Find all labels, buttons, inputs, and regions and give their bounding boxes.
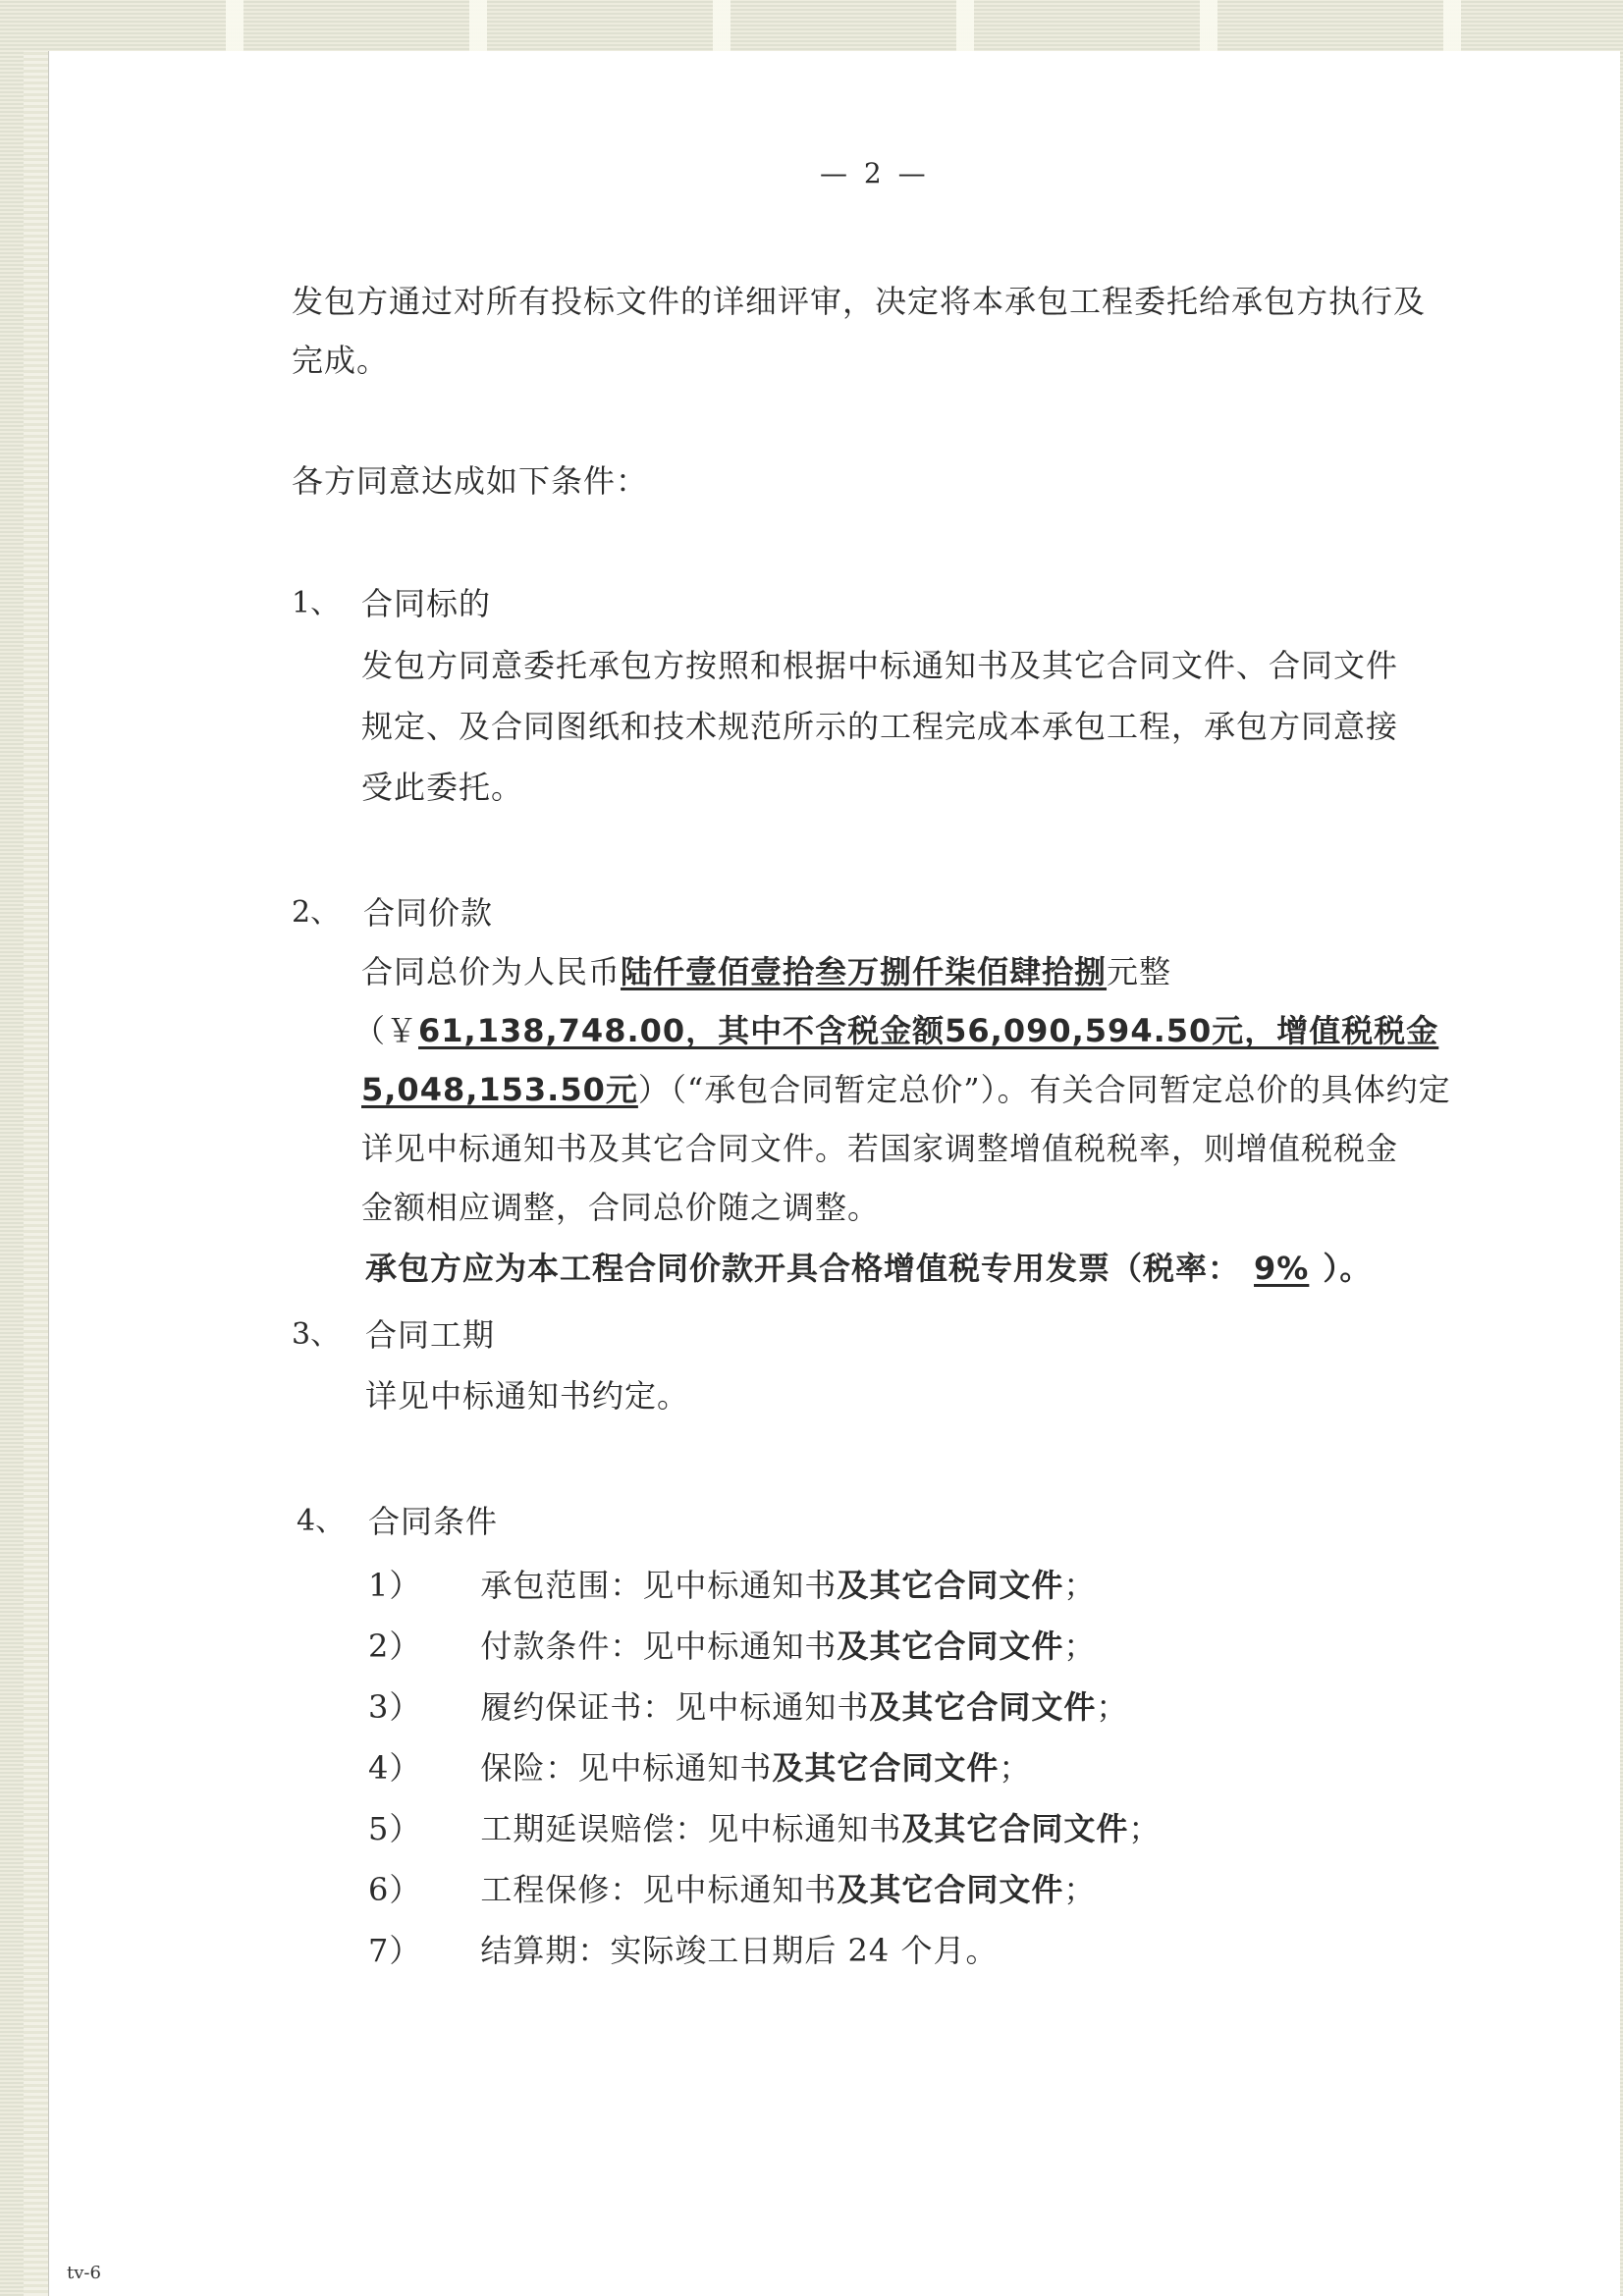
item-end: ； (1063, 1871, 1096, 1908)
amount-tax: 5,048,153.50元 (361, 1071, 638, 1108)
section-2-line-4: 详见中标通知书及其它合同文件。若国家调整增值税税率，则增值税税金 (361, 1129, 1398, 1168)
condition-item: 5）工期延误赔偿：见中标通知书及其它合同文件； (368, 1809, 1161, 1848)
section-1-title: 合同标的 (361, 584, 491, 623)
section-1-line-1: 发包方同意委托承包方按照和根据中标通知书及其它合同文件、合同文件 (361, 646, 1398, 685)
item-bold: 及其它合同文件 (837, 1871, 1063, 1908)
page-number: — 2 — (820, 157, 930, 189)
item-label: 履约保证书：见中标通知书 (480, 1688, 869, 1726)
amount-total: 61,138,748.00，其中不含税金额56,090,594.50元，增值税税… (418, 1012, 1438, 1049)
section-3-line-1: 详见中标通知书约定。 (365, 1376, 689, 1415)
condition-item: 7）结算期：实际竣工日期后 24 个月。 (368, 1931, 998, 1970)
intro-line-1: 发包方通过对所有投标文件的详细评审，决定将本承包工程委托给承包方执行及 (292, 282, 1426, 321)
section-2-number: 2、 (292, 893, 340, 933)
section-1-line-2: 规定、及合同图纸和技术规范所示的工程完成本承包工程，承包方同意接 (361, 707, 1398, 746)
item-number: 5） (368, 1810, 421, 1847)
item-label: 承包范围：见中标通知书 (480, 1567, 837, 1604)
item-number: 4） (368, 1749, 421, 1787)
section-3-title: 合同工期 (365, 1315, 495, 1355)
price-amount-line: （￥61,138,748.00，其中不含税金额56,090,594.50元，增值… (353, 1011, 1438, 1050)
invoice-prefix: 承包方应为本工程合同价款开具合格增值税专用发票（税率： (365, 1250, 1240, 1287)
item-bold: 及其它合同文件 (837, 1567, 1063, 1604)
section-4-number: 4、 (297, 1502, 345, 1541)
item-label: 付款条件：见中标通知书 (480, 1628, 837, 1665)
price-suffix: 元整 (1107, 953, 1171, 990)
agreement-lead: 各方同意达成如下条件： (292, 461, 648, 501)
section-4-title: 合同条件 (368, 1502, 498, 1541)
tax-rate: 9% (1240, 1250, 1323, 1287)
section-2-title: 合同价款 (363, 893, 493, 933)
price-tax-line: 5,048,153.50元）（“承包合同暂定总价”）。有关合同暂定总价的具体约定 (361, 1070, 1451, 1109)
item-label: 保险：见中标通知书 (480, 1749, 772, 1787)
item-number: 6） (368, 1871, 421, 1908)
price-prefix: 合同总价为人民币 (361, 953, 621, 990)
condition-item: 2）付款条件：见中标通知书及其它合同文件； (368, 1627, 1096, 1666)
price-in-words: 陆仟壹佰壹拾叁万捌仟柒佰肆拾捌 (621, 953, 1107, 990)
section-2-line-5: 金额相应调整，合同总价随之调整。 (361, 1188, 880, 1227)
intro-line-2: 完成。 (292, 341, 389, 380)
item-bold: 及其它合同文件 (772, 1749, 999, 1787)
price-in-words-line: 合同总价为人民币陆仟壹佰壹拾叁万捌仟柒佰肆拾捌元整 (361, 952, 1171, 991)
item-end: ； (1096, 1688, 1128, 1726)
item-end: ； (999, 1749, 1031, 1787)
item-number: 1） (368, 1567, 421, 1604)
invoice-line: 承包方应为本工程合同价款开具合格增值税专用发票（税率：9%）。 (365, 1249, 1372, 1288)
item-number: 7） (368, 1932, 421, 1969)
item-label: 工程保修：见中标通知书 (480, 1871, 837, 1908)
section-3-number: 3、 (292, 1315, 340, 1355)
item-label: 工期延误赔偿：见中标通知书 (480, 1810, 901, 1847)
amount-rest: ）（“承包合同暂定总价”）。有关合同暂定总价的具体约定 (638, 1071, 1451, 1108)
section-1-number: 1、 (292, 584, 340, 623)
item-end: ； (1128, 1810, 1161, 1847)
invoice-suffix: ）。 (1323, 1250, 1372, 1287)
condition-item: 3）履约保证书：见中标通知书及其它合同文件； (368, 1687, 1128, 1727)
footer-code: tv-6 (67, 2263, 101, 2283)
item-end: ； (1063, 1628, 1096, 1665)
item-number: 2） (368, 1628, 421, 1665)
item-bold: 及其它合同文件 (837, 1628, 1063, 1665)
condition-item: 1）承包范围：见中标通知书及其它合同文件； (368, 1566, 1096, 1605)
item-bold: 及其它合同文件 (869, 1688, 1096, 1726)
item-bold: 及其它合同文件 (901, 1810, 1128, 1847)
item-label: 结算期：实际竣工日期后 24 个月。 (480, 1932, 998, 1969)
item-number: 3） (368, 1688, 421, 1726)
item-end: ； (1063, 1567, 1096, 1604)
condition-item: 6）工程保修：见中标通知书及其它合同文件； (368, 1870, 1096, 1909)
condition-item: 4）保险：见中标通知书及其它合同文件； (368, 1748, 1031, 1788)
amount-open: （￥ (353, 1012, 418, 1049)
section-1-line-3: 受此委托。 (361, 768, 523, 807)
